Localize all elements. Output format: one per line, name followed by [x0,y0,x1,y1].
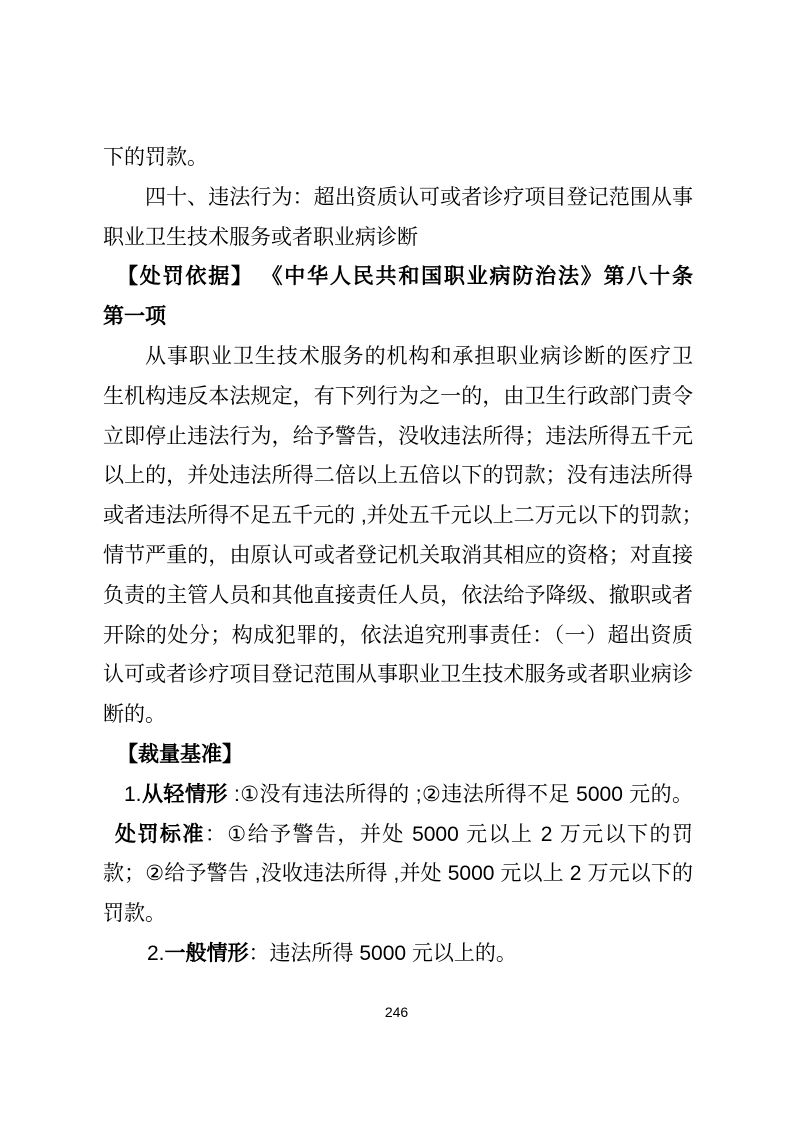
text-run: 立即停止违法行为，给予警告，没收违法所得；违法所得五千元 [103,425,693,448]
document-page: { "page": { "background_color": "#ffffff… [0,0,793,1122]
text-line: 【处罚依据】 《中华人民共和国职业病防治法》第八十条 [117,257,693,297]
text-run-bold: 【处罚依据】 《中华人民共和国职业病防治法》第八十条 [117,265,693,288]
text-line: 认可或者诊疗项目登记范围从事职业卫生技术服务或者职业病诊 [103,655,693,695]
text-run: 认可或者诊疗项目登记范围从事职业卫生技术服务或者职业病诊 [103,663,693,686]
text-line: 职业卫生技术服务或者职业病诊断 [103,218,693,258]
text-run: 负责的主管人员和其他直接责任人员，依法给予降级、撤职或者 [103,584,693,607]
text-run: 四十、违法行为：超出资质认可或者诊疗项目登记范围从事 [145,186,693,209]
text-line: 第一项 [103,297,693,337]
text-run: 情节严重的，由原认可或者登记机关取消其相应的资格；对直接 [103,544,693,567]
text-line: 四十、违法行为：超出资质认可或者诊疗项目登记范围从事 [145,178,693,218]
text-line: 以上的，并处违法所得二倍以上五倍以下的罚款；没有违法所得 [103,456,693,496]
text-run: 1. [124,783,142,806]
page-number: 246 [0,1003,793,1021]
body-text: 下的罚款。 四十、违法行为：超出资质认可或者诊疗项目登记范围从事 职业卫生技术服… [103,138,693,974]
text-run: ：①给予警告，并处 5000 元以上 2 万元以下的罚 [205,823,693,846]
text-line: 罚款。 [103,894,693,934]
text-run: ：违法所得 5000 元以上的。 [249,942,517,965]
text-run: 或者违法所得不足五千元的 ,并处五千元以上二万元以下的罚款； [103,504,703,527]
text-run: 生机构违反本法规定，有下列行为之一的，由卫生行政部门责令 [103,385,693,408]
text-run-bold: 一般情形 [165,942,249,965]
text-run-bold: 第一项 [103,305,166,328]
text-line: 或者违法所得不足五千元的 ,并处五千元以上二万元以下的罚款； [103,496,693,536]
text-run: 罚款。 [103,902,166,925]
text-run-bold: 处罚标准 [115,823,205,846]
text-line: 情节严重的，由原认可或者登记机关取消其相应的资格；对直接 [103,536,693,576]
text-line: 1.从轻情形 :①没有违法所得的 ;②违法所得不足 5000 元的。 [124,775,693,815]
text-run: 从事职业卫生技术服务的机构和承担职业病诊断的医疗卫 [145,345,693,368]
text-line: 生机构违反本法规定，有下列行为之一的，由卫生行政部门责令 [103,377,693,417]
text-run: 2. [147,942,165,965]
text-run-bold: 从轻情形 [142,783,228,806]
text-run: 职业卫生技术服务或者职业病诊断 [103,226,418,249]
section-heading: 【裁量基准】 [117,735,693,775]
text-run-bold: 【裁量基准】 [117,743,243,766]
text-line: 2.一般情形：违法所得 5000 元以上的。 [147,934,693,974]
text-line: 断的。 [103,695,693,735]
text-line: 负责的主管人员和其他直接责任人员，依法给予降级、撤职或者 [103,576,693,616]
text-run: 断的。 [103,703,166,726]
text-line: 立即停止违法行为，给予警告，没收违法所得；违法所得五千元 [103,417,693,457]
text-run: 款；②给予警告 ,没收违法所得 ,并处 5000 元以上 2 万元以下的 [103,862,693,885]
text-line: 开除的处分；构成犯罪的，依法追究刑事责任：（一）超出资质 [103,616,693,656]
text-run: 下的罚款。 [103,146,208,169]
text-line: 下的罚款。 [103,138,693,178]
text-run: 以上的，并处违法所得二倍以上五倍以下的罚款；没有违法所得 [103,464,693,487]
text-run: 开除的处分；构成犯罪的，依法追究刑事责任：（一）超出资质 [103,624,693,647]
text-line: 从事职业卫生技术服务的机构和承担职业病诊断的医疗卫 [145,337,693,377]
text-run: :①没有违法所得的 ;②违法所得不足 5000 元的。 [228,783,693,806]
text-line: 处罚标准：①给予警告，并处 5000 元以上 2 万元以下的罚 [115,815,693,855]
text-line: 款；②给予警告 ,没收违法所得 ,并处 5000 元以上 2 万元以下的 [103,854,693,894]
